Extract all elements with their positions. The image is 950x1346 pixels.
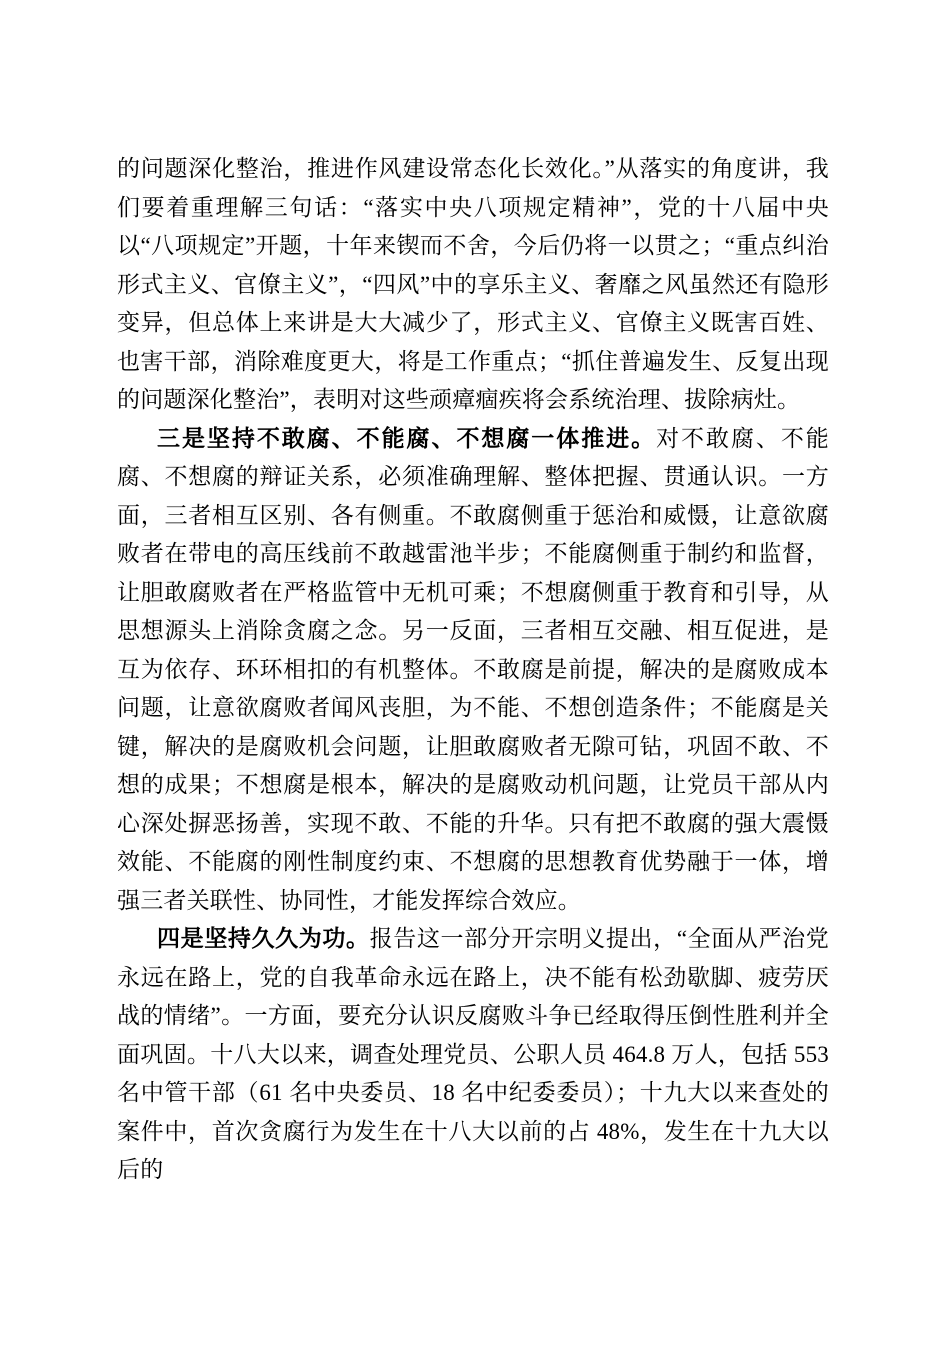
paragraph-text: 对不敢腐、不能腐、不想腐的辩证关系，必须准确理解、整体把握、贯通认识。一方面，三…	[117, 426, 829, 913]
paragraph-lead-bold: 三是坚持不敢腐、不能腐、不想腐一体推进。	[157, 426, 656, 451]
paragraph: 三是坚持不敢腐、不能腐、不想腐一体推进。对不敢腐、不能腐、不想腐的辩证关系，必须…	[117, 420, 829, 921]
paragraph-lead-bold: 四是坚持久久为功。	[157, 926, 370, 951]
paragraph: 的问题深化整治，推进作风建设常态化长效化。”从落实的角度讲，我们要着重理解三句话…	[117, 150, 829, 420]
document-page: 的问题深化整治，推进作风建设常态化长效化。”从落实的角度讲，我们要着重理解三句话…	[0, 0, 950, 1346]
paragraph-text: 的问题深化整治，推进作风建设常态化长效化。”从落实的角度讲，我们要着重理解三句话…	[117, 156, 829, 412]
paragraph: 四是坚持久久为功。报告这一部分开宗明义提出，“全面从严治党永远在路上，党的自我革…	[117, 920, 829, 1190]
paragraph-text: 报告这一部分开宗明义提出，“全面从严治党永远在路上，党的自我革命永远在路上，决不…	[117, 926, 829, 1182]
